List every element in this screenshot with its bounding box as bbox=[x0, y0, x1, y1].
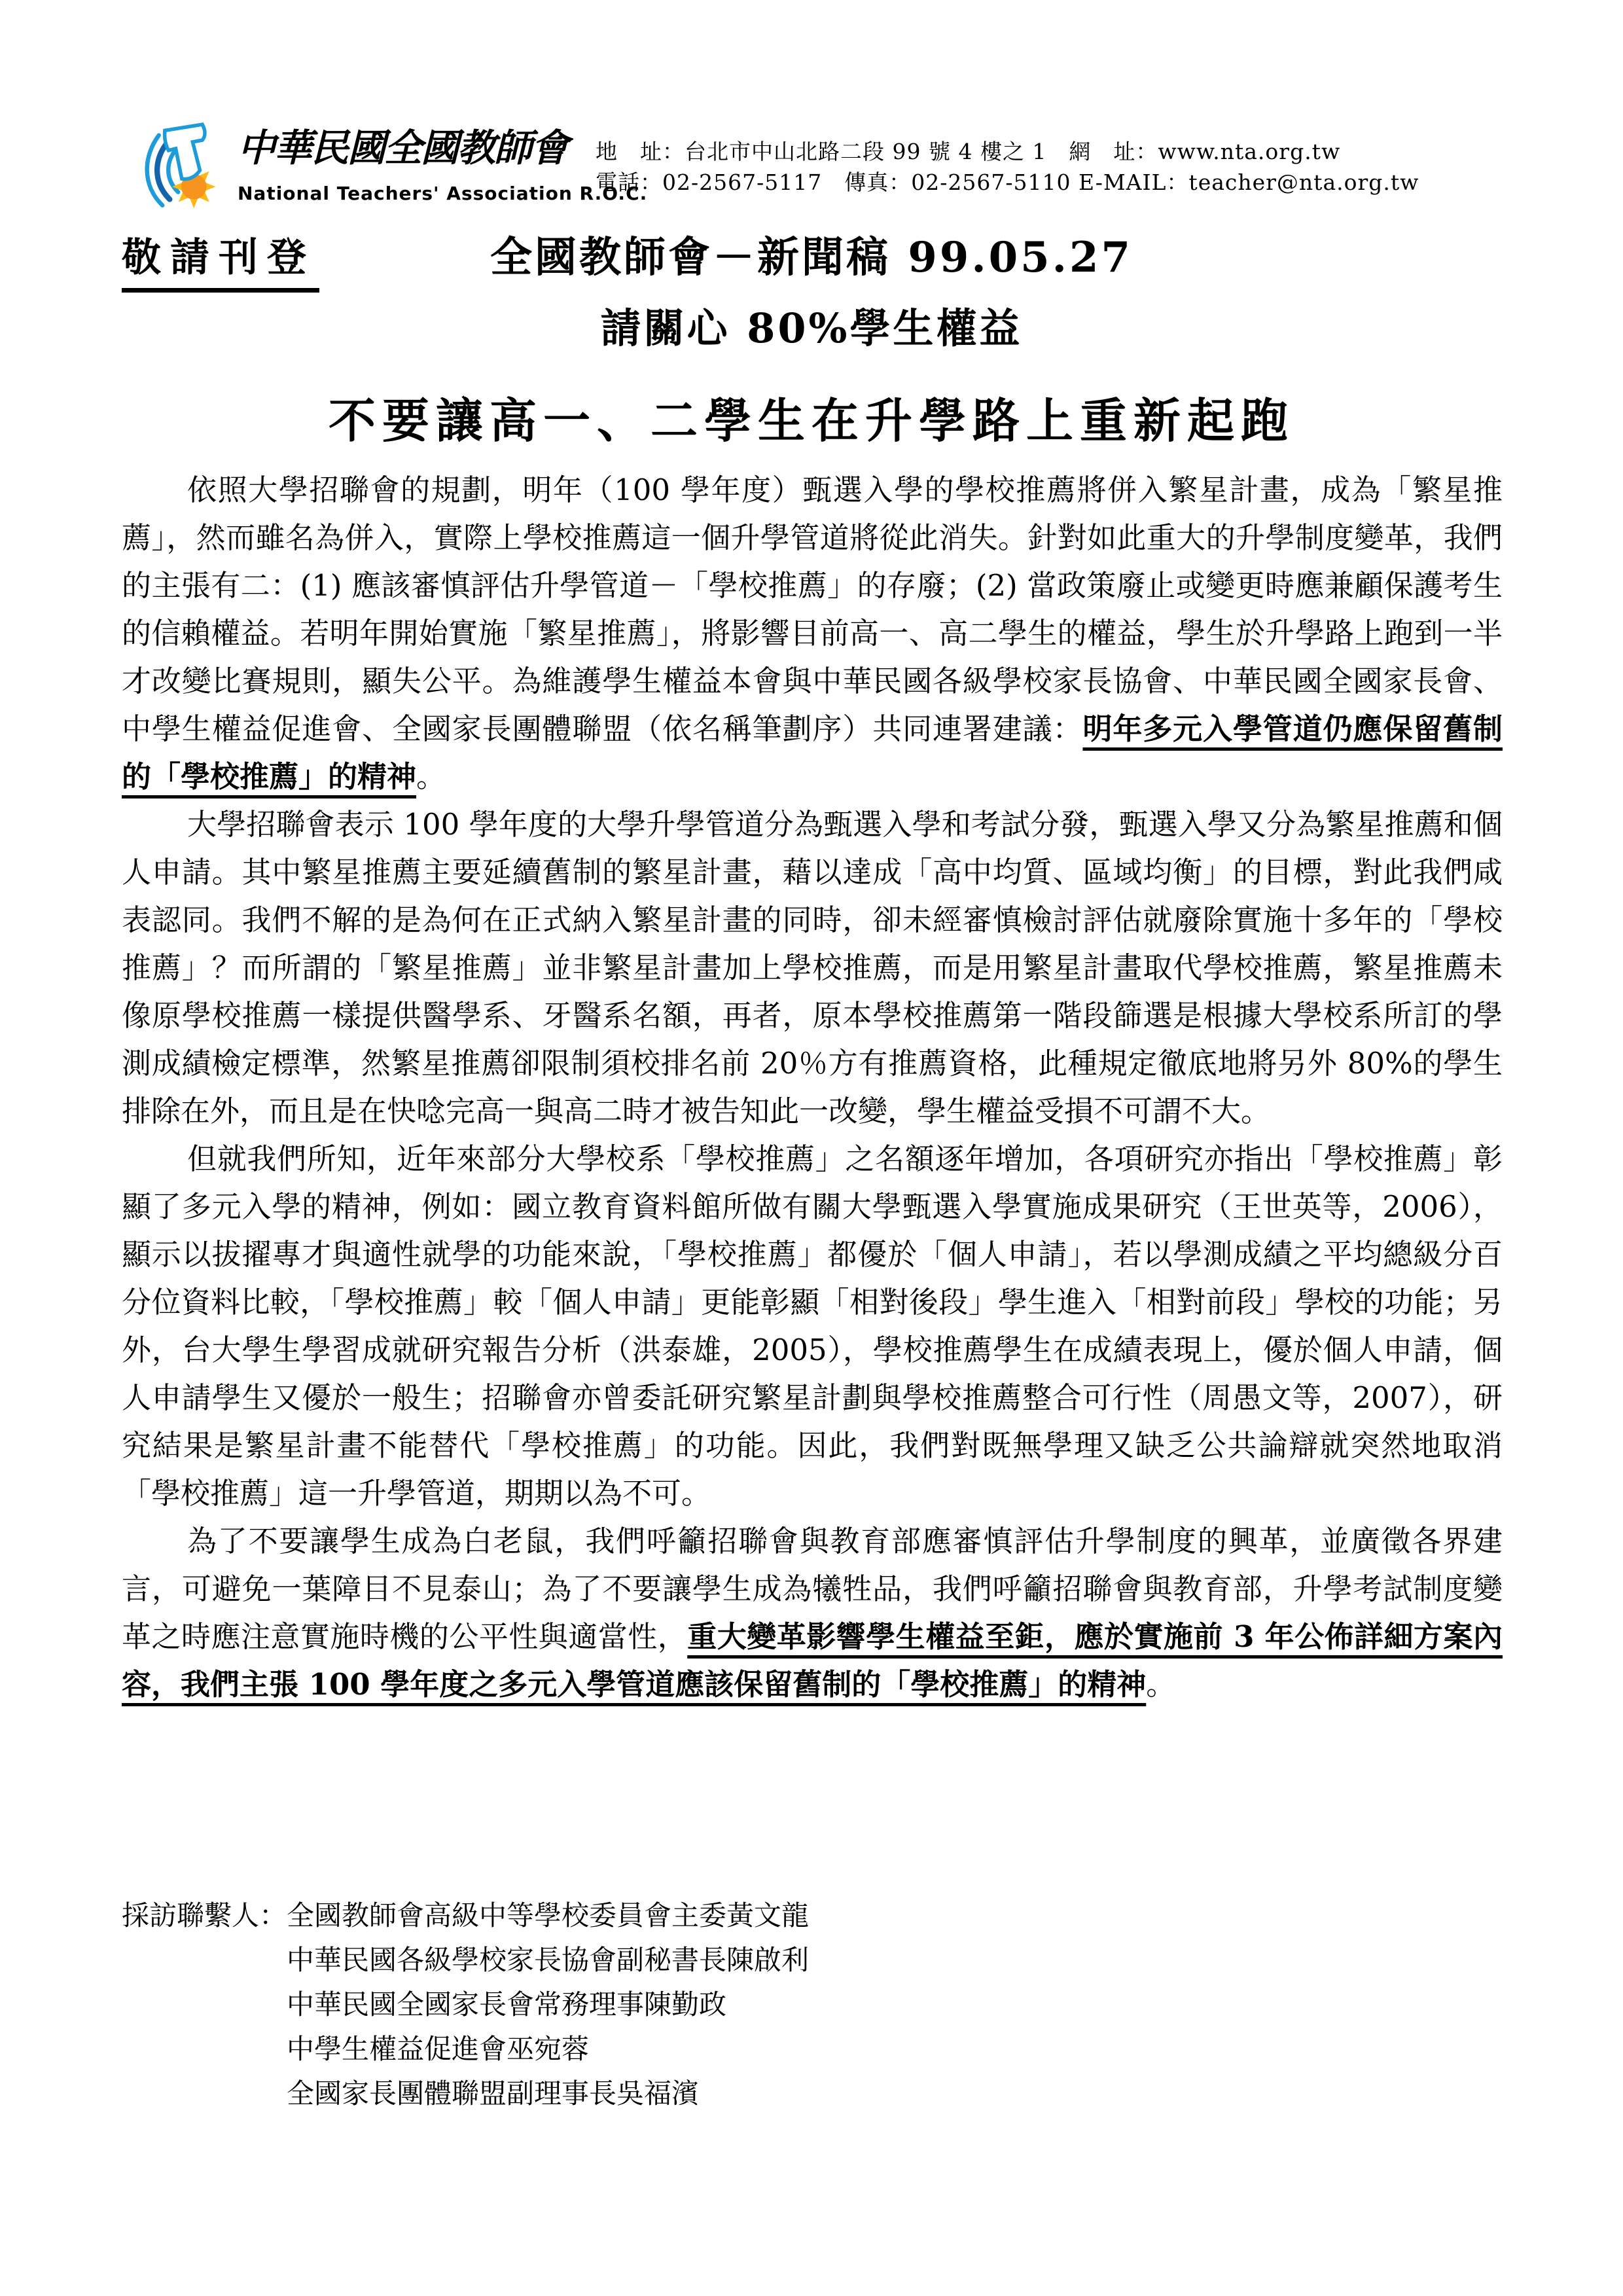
contact-line: 中學生權益促進會巫宛蓉 bbox=[122, 2027, 809, 2072]
press-release-title: 全國教師會－新聞稿 99.05.27 bbox=[122, 224, 1501, 284]
press-release-page: 中華民國全國教師會 National Teachers' Association… bbox=[0, 0, 1623, 2296]
contact-line: 中華民國全國家長會常務理事陳勤政 bbox=[122, 1982, 809, 2027]
paragraph-4: 為了不要讓學生成為白老鼠，我們呼籲招聯會與教育部應審慎評估升學制度的興革，並廣徵… bbox=[122, 1517, 1503, 1708]
logo-t-shape bbox=[165, 124, 205, 179]
contact-line: 採訪聯繫人：全國教師會高級中等學校委員會主委黃文龍 bbox=[122, 1893, 809, 1938]
text-run: 但就我們所知，近年來部分大學校系「學校推薦」之名額逐年增加，各項研究亦指出「學校… bbox=[122, 1141, 1503, 1511]
text-run: 。 bbox=[1146, 1667, 1175, 1702]
contact-person: 全國教師會高級中等學校委員會主委黃文龍 bbox=[287, 1899, 809, 1931]
body-text: 依照大學招聯會的規劃，明年（100 學年度）甄選入學的學校推薦將併入繁星計畫，成… bbox=[122, 466, 1503, 1708]
header-contact-info: 地 址：台北市中山北路二段 99 號 4 樓之 1 網 址：www.nta.or… bbox=[596, 136, 1419, 198]
contact-person: 中華民國全國家長會常務理事陳勤政 bbox=[287, 1988, 726, 2020]
text-run: 大學招聯會表示 100 學年度的大學升學管道分為甄選入學和考試分發，甄選入學又分… bbox=[122, 807, 1503, 1128]
press-contacts: 採訪聯繫人：全國教師會高級中等學校委員會主委黃文龍 中華民國各級學校家長協會副秘… bbox=[122, 1893, 809, 2116]
nta-logo-icon bbox=[141, 118, 219, 219]
organization-logo: 中華民國全國教師會 National Teachers' Association… bbox=[141, 118, 647, 219]
contact-person: 中學生權益促進會巫宛蓉 bbox=[287, 2033, 589, 2065]
org-phone-line: 電話：02-2567-5117 傳真：02-2567-5110 E-MAIL：t… bbox=[596, 167, 1419, 198]
text-run: 依照大學招聯會的規劃，明年（100 學年度）甄選入學的學校推薦將併入繁星計畫，成… bbox=[122, 473, 1503, 746]
text-run: 。 bbox=[416, 759, 446, 794]
contact-line: 中華民國各級學校家長協會副秘書長陳啟利 bbox=[122, 1938, 809, 1982]
masthead: 敬請刊登 全國教師會－新聞稿 99.05.27 bbox=[122, 224, 1501, 289]
contact-person: 中華民國各級學校家長協會副秘書長陳啟利 bbox=[287, 1944, 809, 1976]
contact-line: 全國家長團體聯盟副理事長吳福濱 bbox=[122, 2072, 809, 2116]
press-release-subtitle: 請關心 80%學生權益 bbox=[0, 296, 1623, 354]
org-address-line: 地 址：台北市中山北路二段 99 號 4 樓之 1 網 址：www.nta.or… bbox=[596, 136, 1419, 167]
paragraph-3: 但就我們所知，近年來部分大學校系「學校推薦」之名額逐年增加，各項研究亦指出「學校… bbox=[122, 1135, 1503, 1517]
paragraph-1: 依照大學招聯會的規劃，明年（100 學年度）甄選入學的學校推薦將併入繁星計畫，成… bbox=[122, 466, 1503, 800]
contact-person: 全國家長團體聯盟副理事長吳福濱 bbox=[287, 2077, 699, 2109]
headline: 不要讓高一、二學生在升學路上重新起跑 bbox=[0, 383, 1623, 451]
org-name-chinese: 中華民國全國教師會 bbox=[238, 118, 647, 179]
contacts-label: 採訪聯繫人： bbox=[122, 1899, 287, 1931]
org-name-english: National Teachers' Association R.O.C. bbox=[238, 183, 647, 204]
paragraph-2: 大學招聯會表示 100 學年度的大學升學管道分為甄選入學和考試分發，甄選入學又分… bbox=[122, 800, 1503, 1135]
